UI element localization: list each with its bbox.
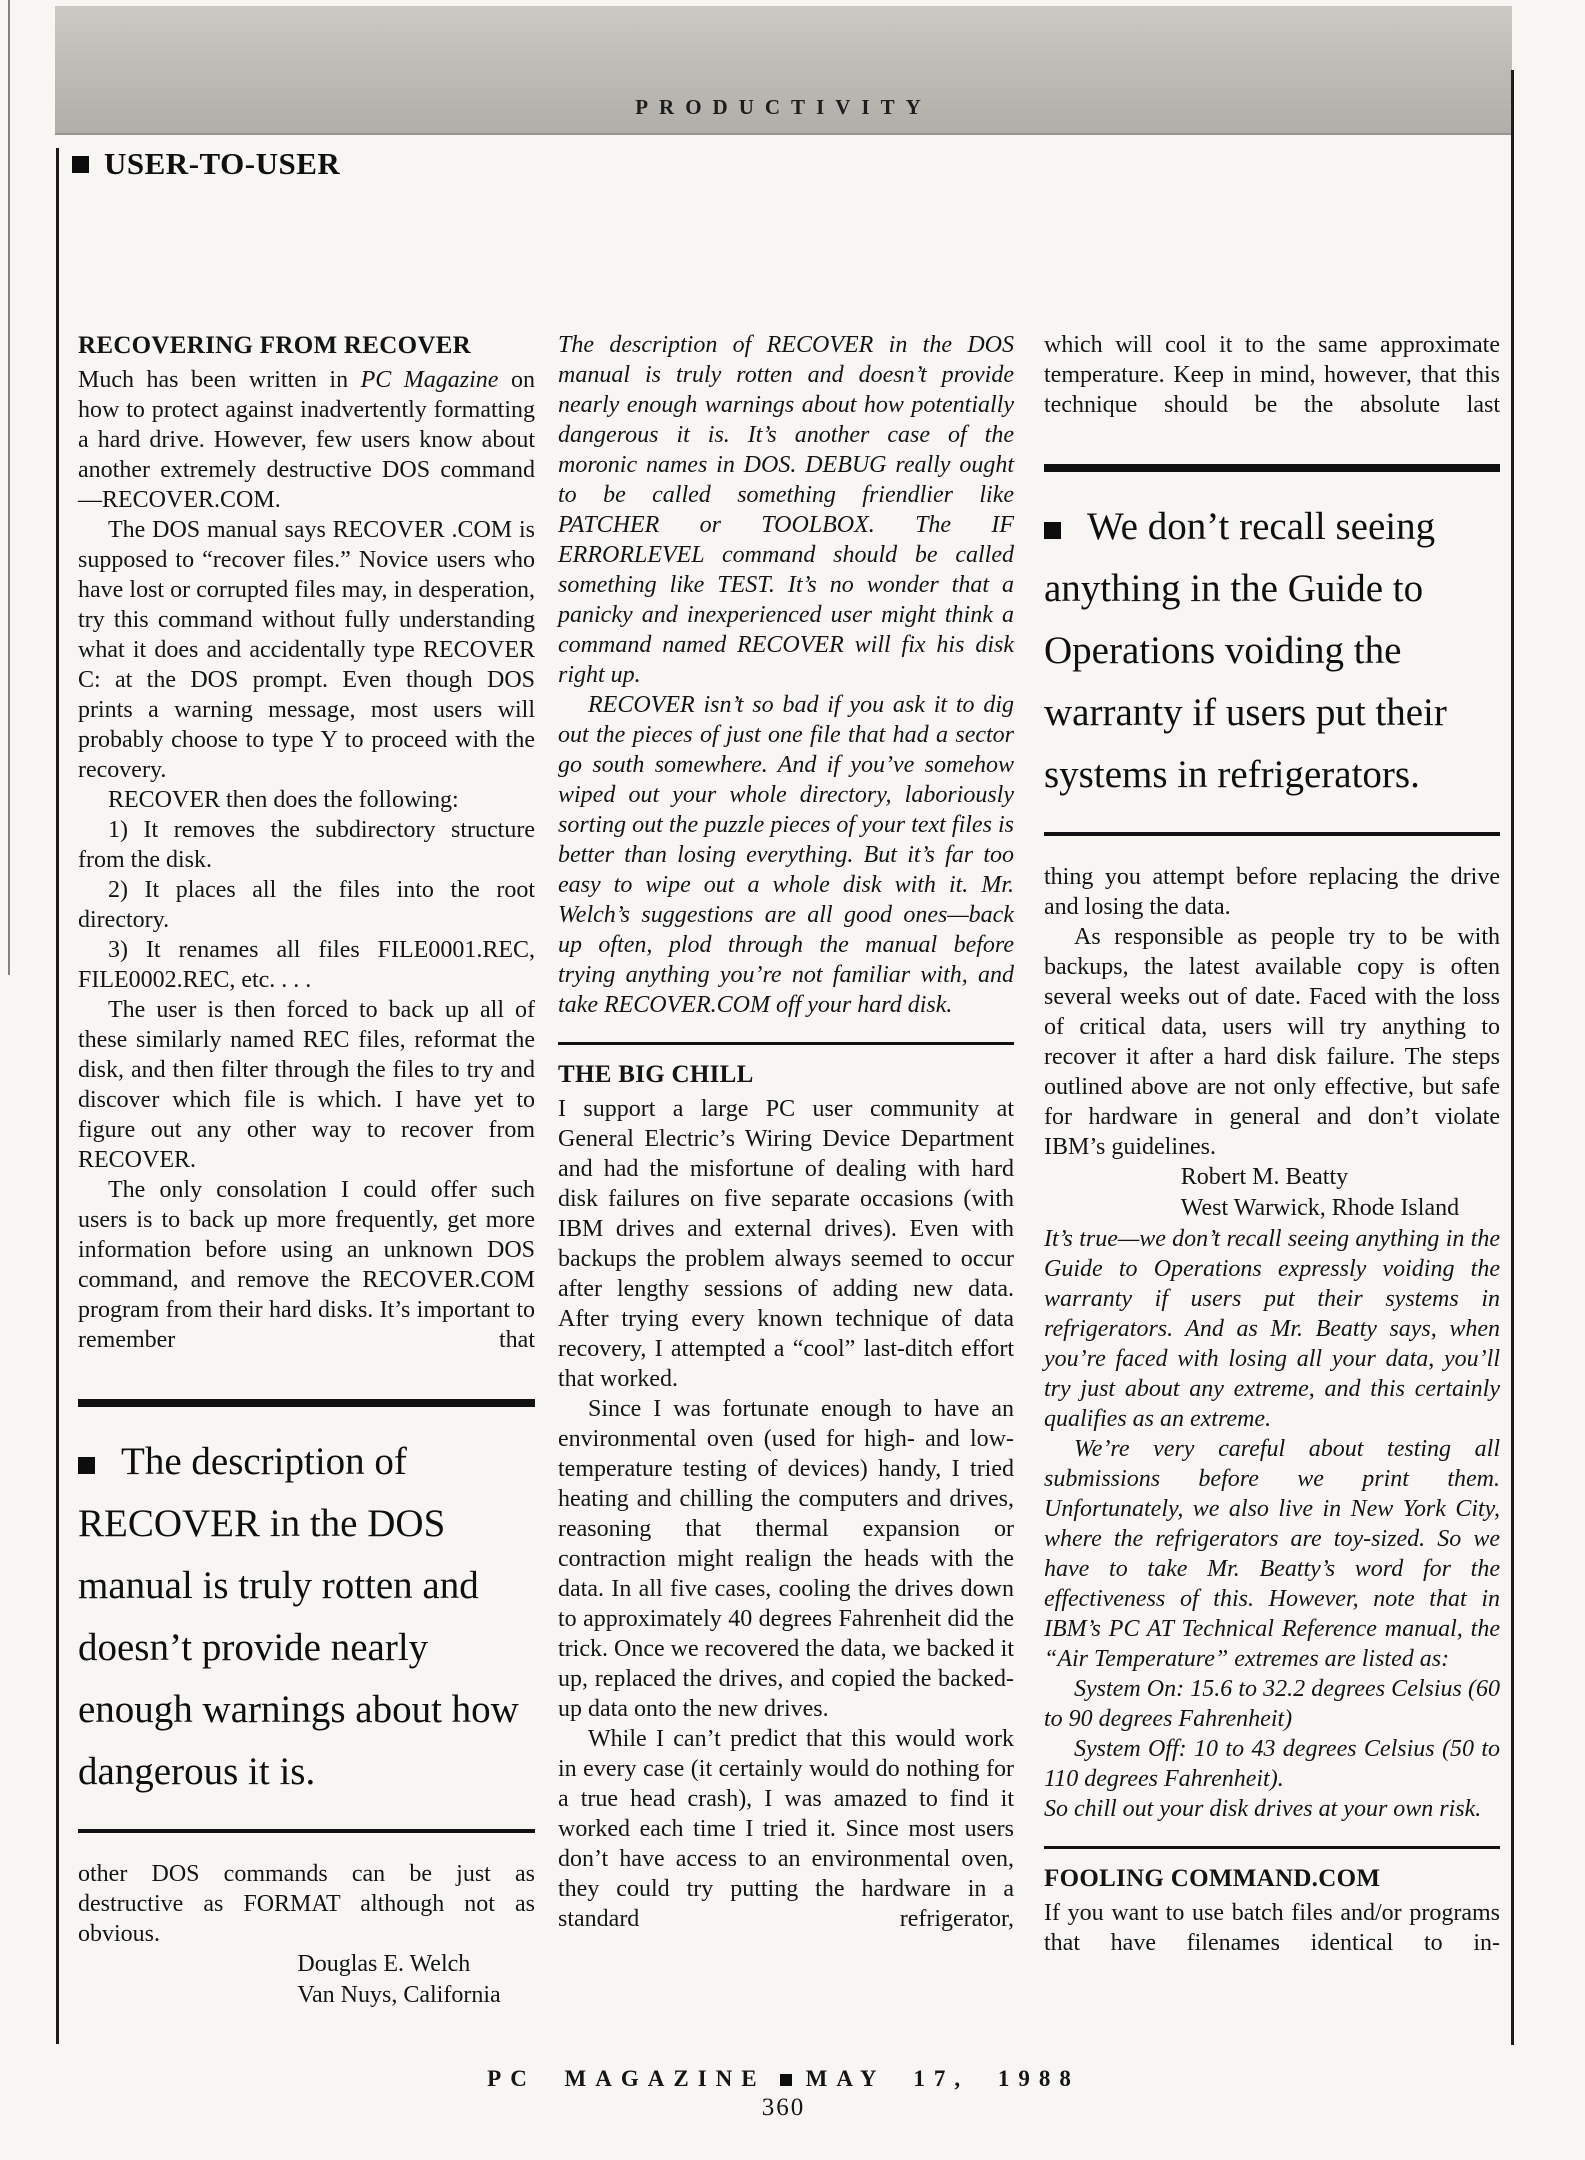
body-paragraph: RECOVER then does the following:: [78, 785, 535, 815]
signature-block: Robert M. BeattyWest Warwick, Rhode Isla…: [1044, 1162, 1500, 1224]
left-border-rule: [56, 148, 59, 2044]
footer-magazine-name: PC MAGAZINE: [487, 2066, 765, 2091]
user-to-user-header: USER-TO-USER: [72, 146, 340, 182]
bullet-square-icon: [78, 1457, 95, 1474]
user-to-user-label: USER-TO-USER: [104, 146, 340, 182]
article-heading: THE BIG CHILL: [558, 1059, 1014, 1091]
body-paragraph: 3) It renames all files FILE0001.REC, FI…: [78, 935, 535, 995]
body-paragraph: other DOS commands can be just as destru…: [78, 1859, 535, 1949]
separator-rule: [78, 1399, 535, 1407]
footer-square-icon: [780, 2074, 792, 2086]
signature-name: Robert M. Beatty: [1181, 1162, 1500, 1193]
pull-quote: The description of RECOVER in the DOS ma…: [78, 1431, 535, 1803]
separator-rule: [558, 1042, 1014, 1045]
column-3: which will cool it to the same approxima…: [1044, 330, 1500, 1958]
separator-rule: [1044, 1846, 1500, 1849]
body-paragraph: The user is then forced to back up all o…: [78, 995, 535, 1175]
body-paragraph: I support a large PC user community at G…: [558, 1094, 1014, 1394]
body-paragraph: which will cool it to the same approxima…: [1044, 330, 1500, 420]
pull-quote: We don’t recall seeing anything in the G…: [1044, 496, 1500, 806]
section-banner: PRODUCTIVITY: [55, 6, 1512, 135]
body-paragraph: So chill out your disk drives at your ow…: [1044, 1794, 1500, 1824]
body-paragraph: System Off: 10 to 43 degrees Celsius (50…: [1044, 1734, 1500, 1794]
body-paragraph: We’re very careful about testing all sub…: [1044, 1434, 1500, 1674]
magazine-page: { "colors": { "paper": "#f7f6f2", "banne…: [0, 0, 1585, 2160]
body-paragraph: It’s true—we don’t recall seeing anythin…: [1044, 1224, 1500, 1434]
body-paragraph: The description of RECOVER in the DOS ma…: [558, 330, 1014, 690]
bullet-square-icon: [1044, 522, 1061, 539]
section-label: PRODUCTIVITY: [635, 95, 932, 133]
footer-date: MAY 17, 1988: [806, 2066, 1080, 2091]
signature-name: Douglas E. Welch: [297, 1949, 535, 1980]
article-heading: FOOLING COMMAND.COM: [1044, 1863, 1500, 1895]
body-paragraph: thing you attempt before replacing the d…: [1044, 862, 1500, 922]
separator-rule: [78, 1829, 535, 1833]
body-paragraph: The DOS manual says RECOVER .COM is supp…: [78, 515, 535, 785]
column-1: RECOVERING FROM RECOVERMuch has been wri…: [78, 330, 535, 2011]
footer-line: PC MAGAZINEMAY 17, 1988: [55, 2066, 1512, 2092]
signature-block: Douglas E. WelchVan Nuys, California: [78, 1949, 535, 2011]
separator-rule: [1044, 464, 1500, 472]
separator-rule: [1044, 832, 1500, 836]
body-paragraph: As responsible as people try to be with …: [1044, 922, 1500, 1162]
body-paragraph: Since I was fortunate enough to have an …: [558, 1394, 1014, 1724]
scan-edge-line: [8, 0, 10, 975]
bullet-square-icon: [72, 156, 89, 173]
signature-place: West Warwick, Rhode Island: [1181, 1193, 1500, 1224]
signature-place: Van Nuys, California: [297, 1980, 535, 2011]
body-paragraph: If you want to use batch files and/or pr…: [1044, 1898, 1500, 1958]
column-2: The description of RECOVER in the DOS ma…: [558, 330, 1014, 1934]
body-paragraph: 1) It removes the subdirectory structure…: [78, 815, 535, 875]
article-heading: RECOVERING FROM RECOVER: [78, 330, 535, 362]
body-paragraph: While I can’t predict that this would wo…: [558, 1724, 1014, 1934]
body-paragraph: Much has been written in PC Magazine on …: [78, 365, 535, 515]
page-footer: PC MAGAZINEMAY 17, 1988 360: [55, 2066, 1512, 2122]
right-border-rule: [1511, 70, 1514, 2045]
body-paragraph: The only consolation I could offer such …: [78, 1175, 535, 1355]
body-paragraph: RECOVER isn’t so bad if you ask it to di…: [558, 690, 1014, 1020]
body-paragraph: System On: 15.6 to 32.2 degrees Celsius …: [1044, 1674, 1500, 1734]
footer-page-number: 360: [55, 2094, 1512, 2122]
body-paragraph: 2) It places all the files into the root…: [78, 875, 535, 935]
